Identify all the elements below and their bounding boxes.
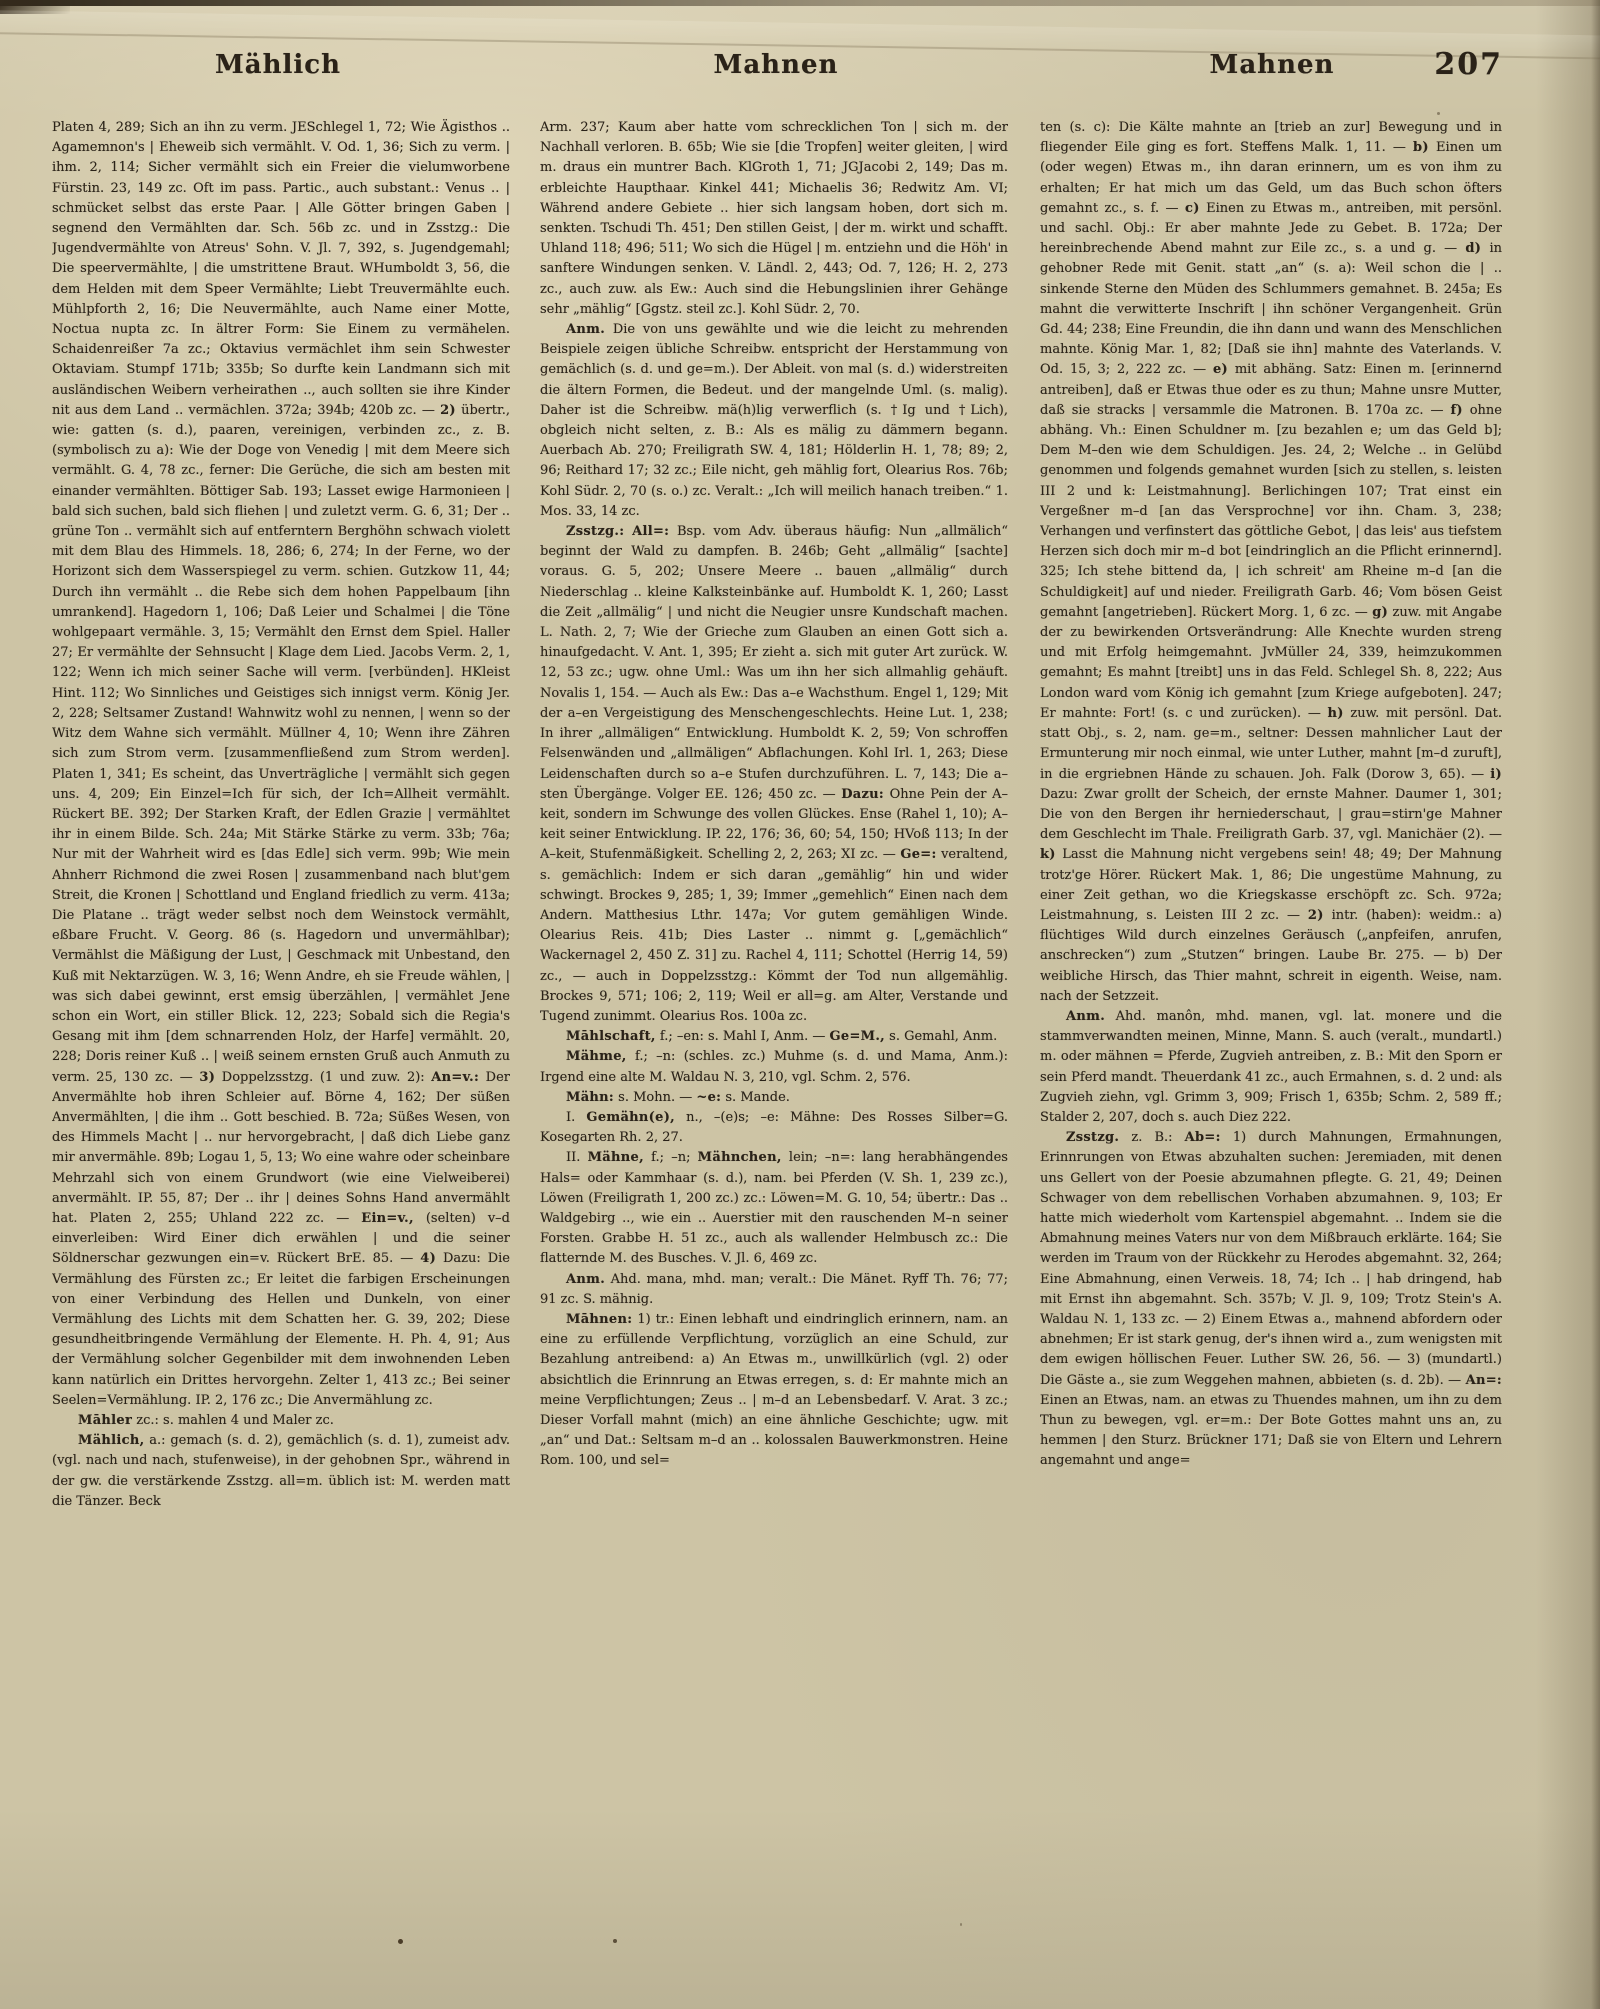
page-number: 207 <box>1408 47 1503 82</box>
running-head-center: Mahnen <box>714 50 839 80</box>
entry-paragraph: Zsstzg. z. B.: Ab=: 1) durch Mahnungen, … <box>1040 1128 1502 1471</box>
entry-paragraph: II. Mähne, f.; –n; Mähnchen, lein; –n=: … <box>540 1148 1008 1269</box>
headword: Gemähn(e), <box>586 1110 675 1125</box>
entry-paragraph: Mähme, f.; –n: (schles. zc.) Muhme (s. d… <box>540 1047 1008 1087</box>
headword: An=: <box>1466 1373 1502 1388</box>
entry-paragraph: Arm. 237; Kaum aber hatte vom schrecklic… <box>540 118 1008 320</box>
headword: h) <box>1328 706 1344 721</box>
headword: Mähme, <box>566 1049 627 1064</box>
headword: Mähnchen, <box>698 1150 782 1165</box>
ink-speck <box>613 1939 617 1943</box>
headword: Dazu: <box>841 787 884 802</box>
text-column-right: ten (s. c): Die Kälte mahnte an [trieb a… <box>1040 118 1502 1866</box>
headword: All=: <box>632 524 669 539</box>
headword: b) <box>1413 140 1429 155</box>
headword: 2) <box>440 403 456 418</box>
entry-paragraph: Anm. Ahd. mana, mhd. man; veralt.: Die M… <box>540 1270 1008 1310</box>
headword: Zsstzg. <box>1066 1130 1119 1145</box>
entry-paragraph: Platen 4, 289; Sich an ihn zu verm. JESc… <box>52 118 510 1411</box>
text-column-center: Arm. 237; Kaum aber hatte vom schrecklic… <box>540 118 1008 1866</box>
entry-paragraph: Anm. Ahd. manôn, mhd. manen, vgl. lat. m… <box>1040 1007 1502 1128</box>
headword: An=v.: <box>431 1070 479 1085</box>
headword: ~e: <box>696 1090 721 1105</box>
headword: Māhlschaft, <box>566 1029 656 1044</box>
entry-paragraph: Mählich, a.: gemach (s. d. 2), gemächlic… <box>52 1431 510 1512</box>
running-head-right: Mahnen <box>1210 50 1335 80</box>
headword: Mählich, <box>78 1433 144 1448</box>
scanned-dictionary-page: { "header": { "running_heads": { "left":… <box>0 0 1600 2009</box>
headword: Anm. <box>1066 1009 1105 1024</box>
headword: Anm. <box>566 1272 605 1287</box>
headword: Zsstzg.: <box>566 524 624 539</box>
headword: Anm. <box>566 322 605 337</box>
headword: Mähn: <box>566 1090 614 1105</box>
scan-top-edge <box>0 0 1600 6</box>
entry-paragraph: Zsstzg.: All=: Bsp. vom Adv. überaus häu… <box>540 522 1008 1027</box>
headword: f) <box>1450 403 1462 418</box>
headword: d) <box>1465 241 1481 256</box>
headword: Ge=: <box>900 847 936 862</box>
headword: c) <box>1185 201 1200 216</box>
headword: 2) <box>1308 908 1324 923</box>
headword: Ge=M., <box>830 1029 886 1044</box>
text-column-left: Platen 4, 289; Sich an ihn zu verm. JESc… <box>52 118 510 1818</box>
headword: Māhnen: <box>566 1312 632 1327</box>
headword: Mähne, <box>588 1150 644 1165</box>
headword: 4) <box>420 1251 436 1266</box>
headword: Māhler <box>78 1413 132 1428</box>
entry-paragraph: Māhlschaft, f.; –en: s. Mahl I, Anm. — G… <box>540 1027 1008 1047</box>
ink-speck <box>960 1923 962 1926</box>
page-right-edge-shadow <box>1591 0 1600 2009</box>
entry-paragraph: Māhler zc.: s. mahlen 4 und Maler zc. <box>52 1411 510 1431</box>
ink-speck <box>1437 112 1440 115</box>
headword: k) <box>1040 847 1056 862</box>
entry-paragraph: Māhnen: 1) tr.: Einen lebhaft und eindri… <box>540 1310 1008 1472</box>
entry-paragraph: ten (s. c): Die Kälte mahnte an [trieb a… <box>1040 118 1502 1007</box>
running-head-left: Mählich <box>215 50 341 80</box>
headword: g) <box>1372 605 1388 620</box>
entry-paragraph: I. Gemähn(e), n., –(e)s; –e: Mähne: Des … <box>540 1108 1008 1148</box>
ink-speck <box>398 1939 403 1944</box>
headword: e) <box>1213 362 1228 377</box>
headword: i) <box>1490 767 1502 782</box>
headword: 3) <box>199 1070 215 1085</box>
headword: Ab=: <box>1185 1130 1221 1145</box>
entry-paragraph: Anm. Die von uns gewählte und wie die le… <box>540 320 1008 522</box>
headword: Ein=v., <box>361 1211 414 1226</box>
entry-paragraph: Mähn: s. Mohn. — ~e: s. Mande. <box>540 1088 1008 1108</box>
